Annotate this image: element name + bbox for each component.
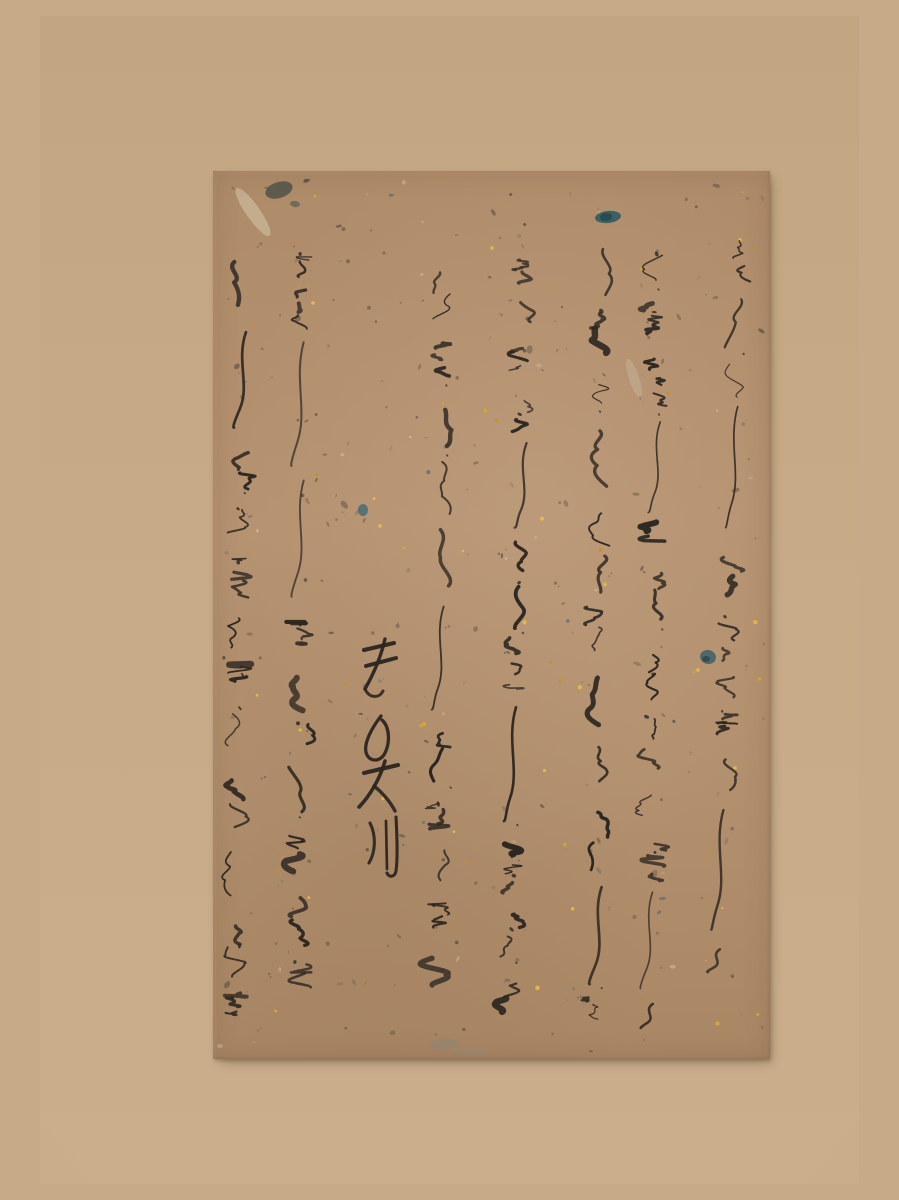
pale-streak-2 [623, 357, 645, 398]
poem-column-3 [582, 249, 612, 1019]
gray-smudge-bottom-2 [450, 1047, 490, 1056]
poem-column-4 [495, 260, 535, 1012]
corner-smudge [263, 178, 295, 202]
poem-page [213, 171, 770, 1059]
teal-blob-mid-core [702, 656, 710, 662]
scroll-mount: きの友則 [40, 16, 859, 1184]
poem-column-5 [420, 273, 452, 986]
signature-column [359, 639, 398, 876]
poem-column-2 [636, 251, 669, 1028]
poem-column-1 [707, 241, 750, 972]
poem-column-7 [222, 262, 255, 1015]
corner-smudge-2 [290, 200, 301, 208]
teal-dot-left [358, 504, 368, 516]
gray-smudge-bottom [430, 1038, 459, 1050]
calligraphy-layer [213, 171, 770, 1059]
poem-column-6 [284, 252, 315, 987]
